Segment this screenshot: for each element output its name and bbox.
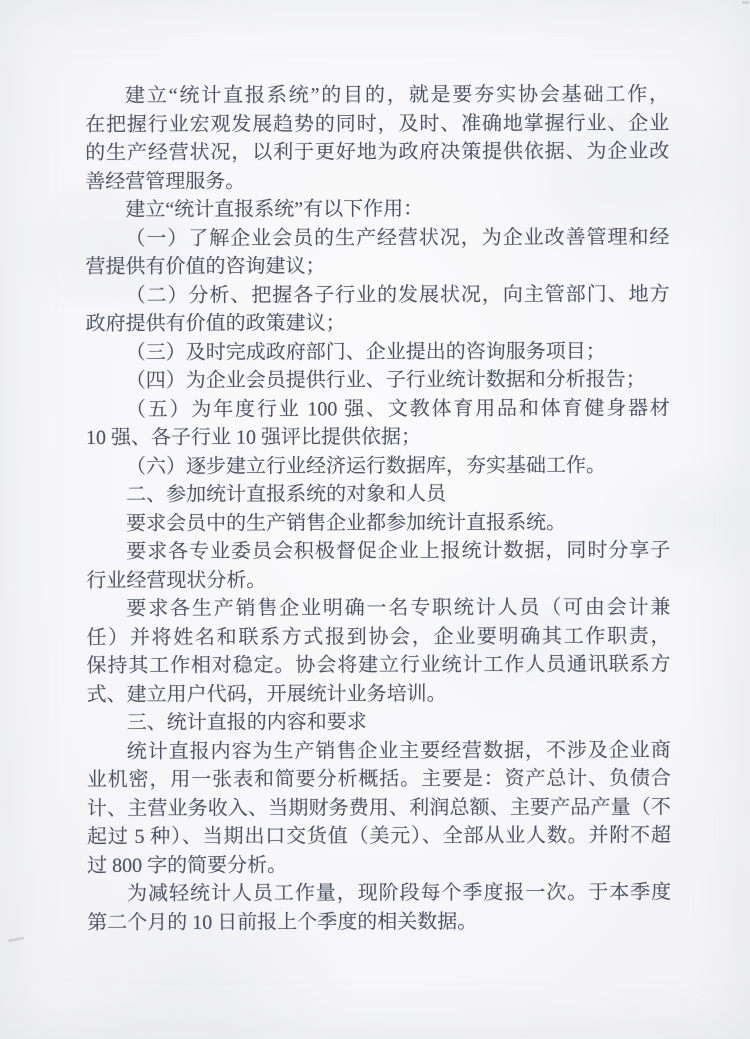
text-line: 在把握行业宏观发展趋势的同时，及时、准确地掌握行业、企业 (85, 109, 669, 139)
text-line: 建立“统计直报系统”的目的，就是要夯实协会基础工作， (85, 80, 669, 110)
text-line: （六）逐步建立行业经济运行数据库，夯实基础工作。 (86, 451, 670, 481)
text-line: 过 800 字的简要分析。 (87, 850, 671, 880)
text-line: 要求各专业委员会积极督促企业上报统计数据，同时分享子 (86, 536, 670, 566)
scanned-document-page: 建立“统计直报系统”的目的，就是要夯实协会基础工作，在把握行业宏观发展趋势的同时… (0, 0, 750, 1039)
text-line: 行业经营现状分析。 (86, 565, 670, 595)
text-line: 第二个月的 10 日前报上个季度的相关数据。 (87, 907, 671, 937)
text-line: 营提供有价值的咨询建议； (85, 251, 669, 281)
text-line: 为减轻统计人员工作量，现阶段每个季度报一次。于本季度 (87, 878, 671, 908)
text-line: 要求会员中的生产销售企业都参加统计直报系统。 (86, 508, 670, 538)
scan-artifact-speck (742, 1, 749, 4)
text-line: 10 强、各子行业 10 强评比提供依据； (86, 422, 670, 452)
text-line: （二）分析、把握各子行业的发展状况，向主管部门、地方 (86, 280, 670, 310)
text-line: 业机密，用一张表和简要分析概括。主要是：资产总计、负债合 (87, 764, 671, 794)
text-line: 任）并将姓名和联系方式报到协会，企业要明确其工作职责， (86, 622, 670, 652)
text-line: 计、主营业务收入、当期财务费用、利润总额、主要产品产量（不 (87, 793, 671, 823)
text-line: 二、参加统计直报系统的对象和人员 (86, 479, 670, 509)
text-line: 政府提供有价值的政策建议； (86, 308, 670, 338)
text-line: （三）及时完成政府部门、企业提出的咨询服务项目； (86, 337, 670, 367)
text-line: 的生产经营状况，以利于更好地为政府决策提供依据、为企业改 (85, 137, 669, 167)
text-line: 统计直报内容为生产销售企业主要经营数据，不涉及企业商 (87, 736, 671, 766)
document-text: 建立“统计直报系统”的目的，就是要夯实协会基础工作，在把握行业宏观发展趋势的同时… (85, 80, 671, 937)
text-line: 式、建立用户代码，开展统计业务培训。 (87, 679, 671, 709)
text-line: 保持其工作相对稳定。协会将建立行业统计工作人员通讯联系方 (86, 650, 670, 680)
scan-artifact-speck (8, 936, 24, 942)
text-line: 善经营管理服务。 (85, 166, 669, 196)
text-line: 起过 5 种）、当期出口交货值（美元）、全部从业人数。并附不超 (87, 821, 671, 851)
text-line: （四）为企业会员提供行业、子行业统计数据和分析报告； (86, 365, 670, 395)
text-line: 三、统计直报的内容和要求 (87, 707, 671, 737)
text-line: 要求各生产销售企业明确一名专职统计人员（可由会计兼 (86, 593, 670, 623)
text-line: 建立“统计直报系统”有以下作用： (85, 194, 669, 224)
text-line: （五）为年度行业 100 强、文教体育用品和体育健身器材 (86, 394, 670, 424)
text-line: （一）了解企业会员的生产经营状况，为企业改善管理和经 (85, 223, 669, 253)
